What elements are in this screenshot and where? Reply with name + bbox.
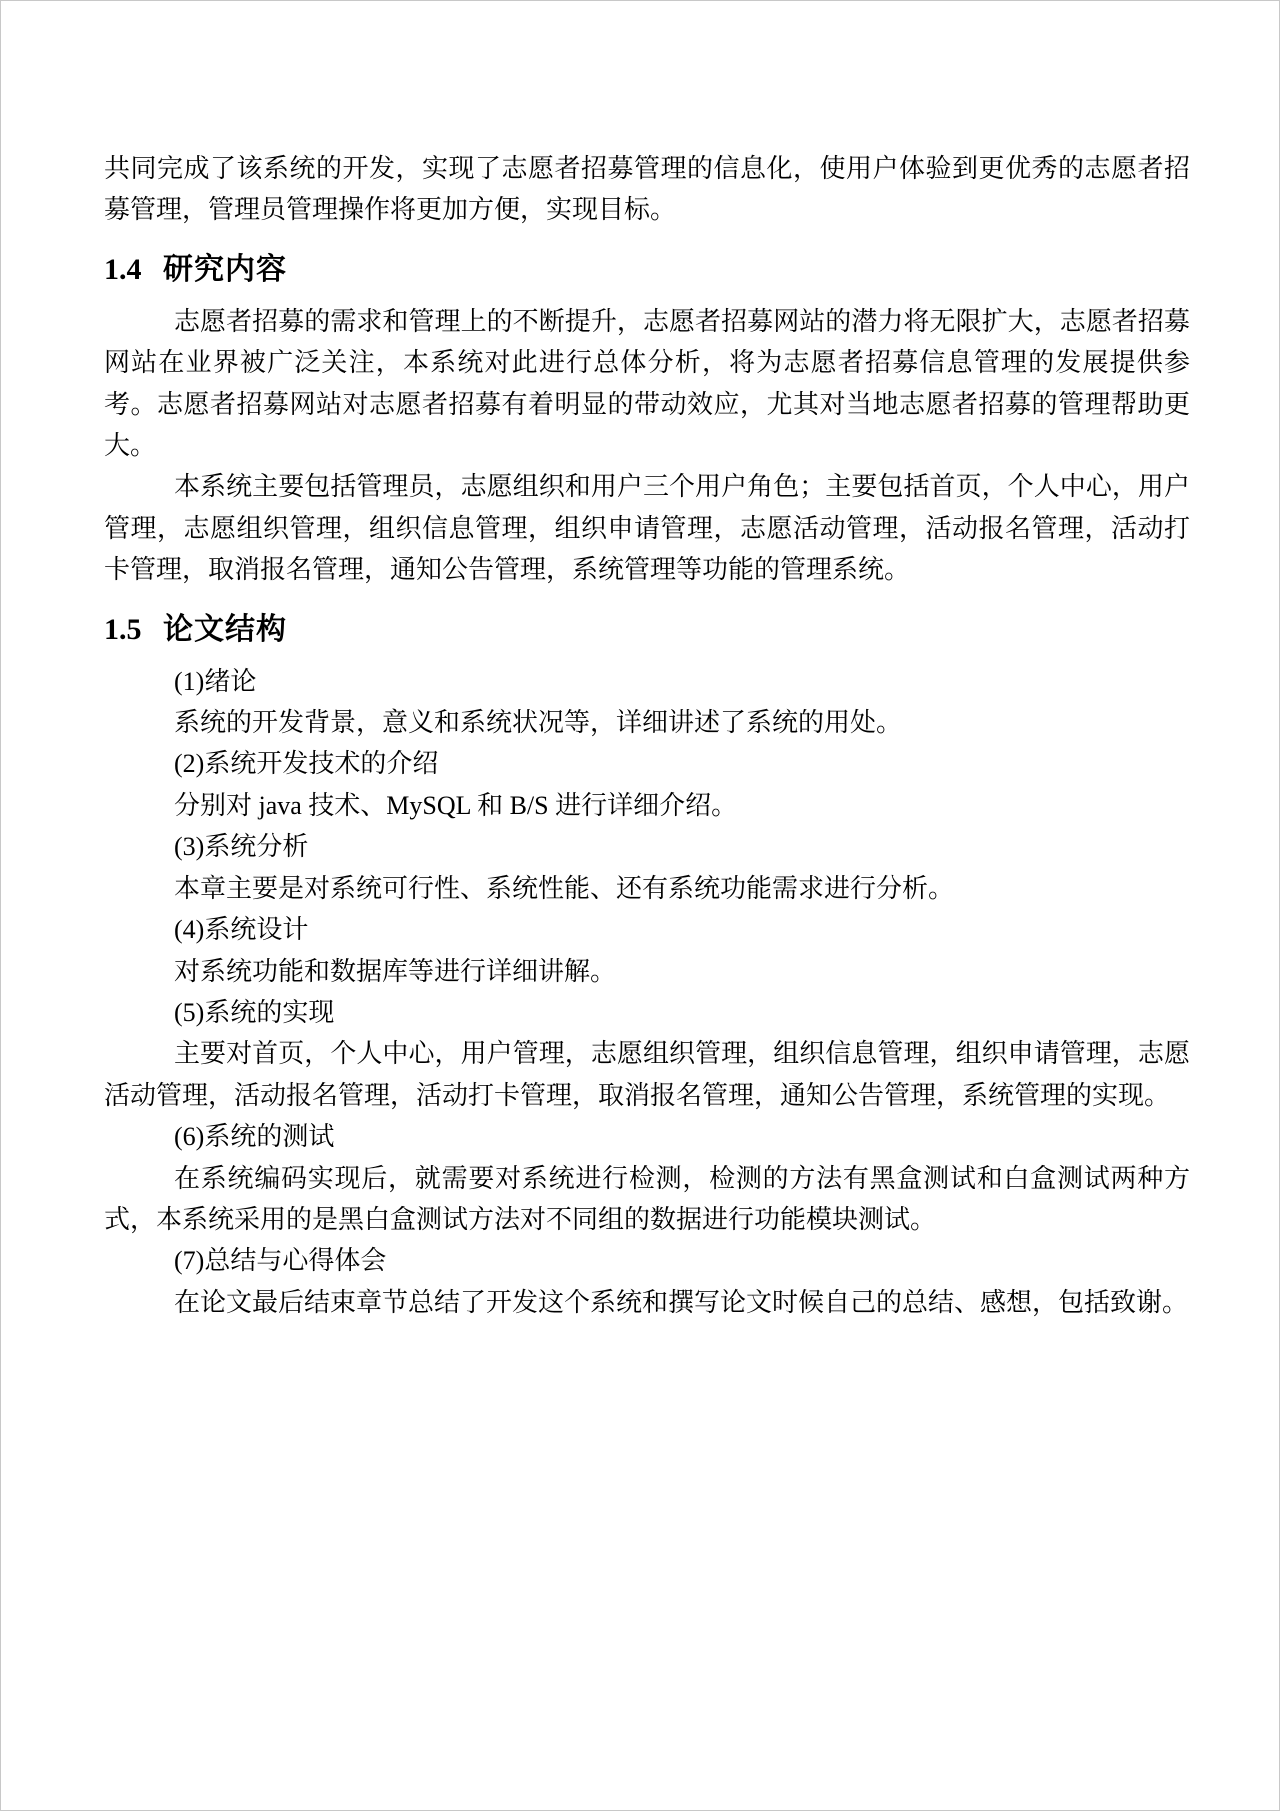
section-heading-1-5: 1.5 论文结构 <box>104 612 1190 648</box>
list-item-5-body: 主要对首页，个人中心，用户管理，志愿组织管理，组织信息管理，组织申请管理，志愿活… <box>104 1033 1190 1116</box>
list-item-7-body: 在论文最后结束章节总结了开发这个系统和撰写论文时候自己的总结、感想，包括致谢。 <box>104 1282 1190 1323</box>
section-title: 研究内容 <box>163 253 287 286</box>
list-item-3-title: (3)系统分析 <box>104 826 1190 867</box>
list-item-6-body: 在系统编码实现后，就需要对系统进行检测，检测的方法有黑盒测试和白盒测试两种方式，… <box>104 1158 1190 1241</box>
list-item-5-title: (5)系统的实现 <box>104 992 1190 1033</box>
section-number: 1.4 <box>104 253 142 286</box>
list-item-4-body: 对系统功能和数据库等进行详细讲解。 <box>104 951 1190 992</box>
paragraph: 本系统主要包括管理员，志愿组织和用户三个用户角色；主要包括首页，个人中心，用户管… <box>104 466 1190 590</box>
list-item-1-title: (1)绪论 <box>104 661 1190 702</box>
paragraph: 志愿者招募的需求和管理上的不断提升，志愿者招募网站的潜力将无限扩大，志愿者招募网… <box>104 301 1190 467</box>
intro-paragraph: 共同完成了该系统的开发，实现了志愿者招募管理的信息化，使用户体验到更优秀的志愿者… <box>104 148 1190 231</box>
section-number: 1.5 <box>104 613 142 646</box>
list-item-4-title: (4)系统设计 <box>104 909 1190 950</box>
document-page: 共同完成了该系统的开发，实现了志愿者招募管理的信息化，使用户体验到更优秀的志愿者… <box>0 0 1280 1811</box>
section-heading-1-4: 1.4 研究内容 <box>104 252 1190 288</box>
list-item-7-title: (7)总结与心得体会 <box>104 1240 1190 1281</box>
list-item-2-title: (2)系统开发技术的介绍 <box>104 743 1190 784</box>
list-item-2-body: 分别对 java 技术、MySQL 和 B/S 进行详细介绍。 <box>104 785 1190 826</box>
section-title: 论文结构 <box>163 613 287 646</box>
list-item-1-body: 系统的开发背景，意义和系统状况等，详细讲述了系统的用处。 <box>104 702 1190 743</box>
list-item-6-title: (6)系统的测试 <box>104 1116 1190 1157</box>
list-item-3-body: 本章主要是对系统可行性、系统性能、还有系统功能需求进行分析。 <box>104 868 1190 909</box>
